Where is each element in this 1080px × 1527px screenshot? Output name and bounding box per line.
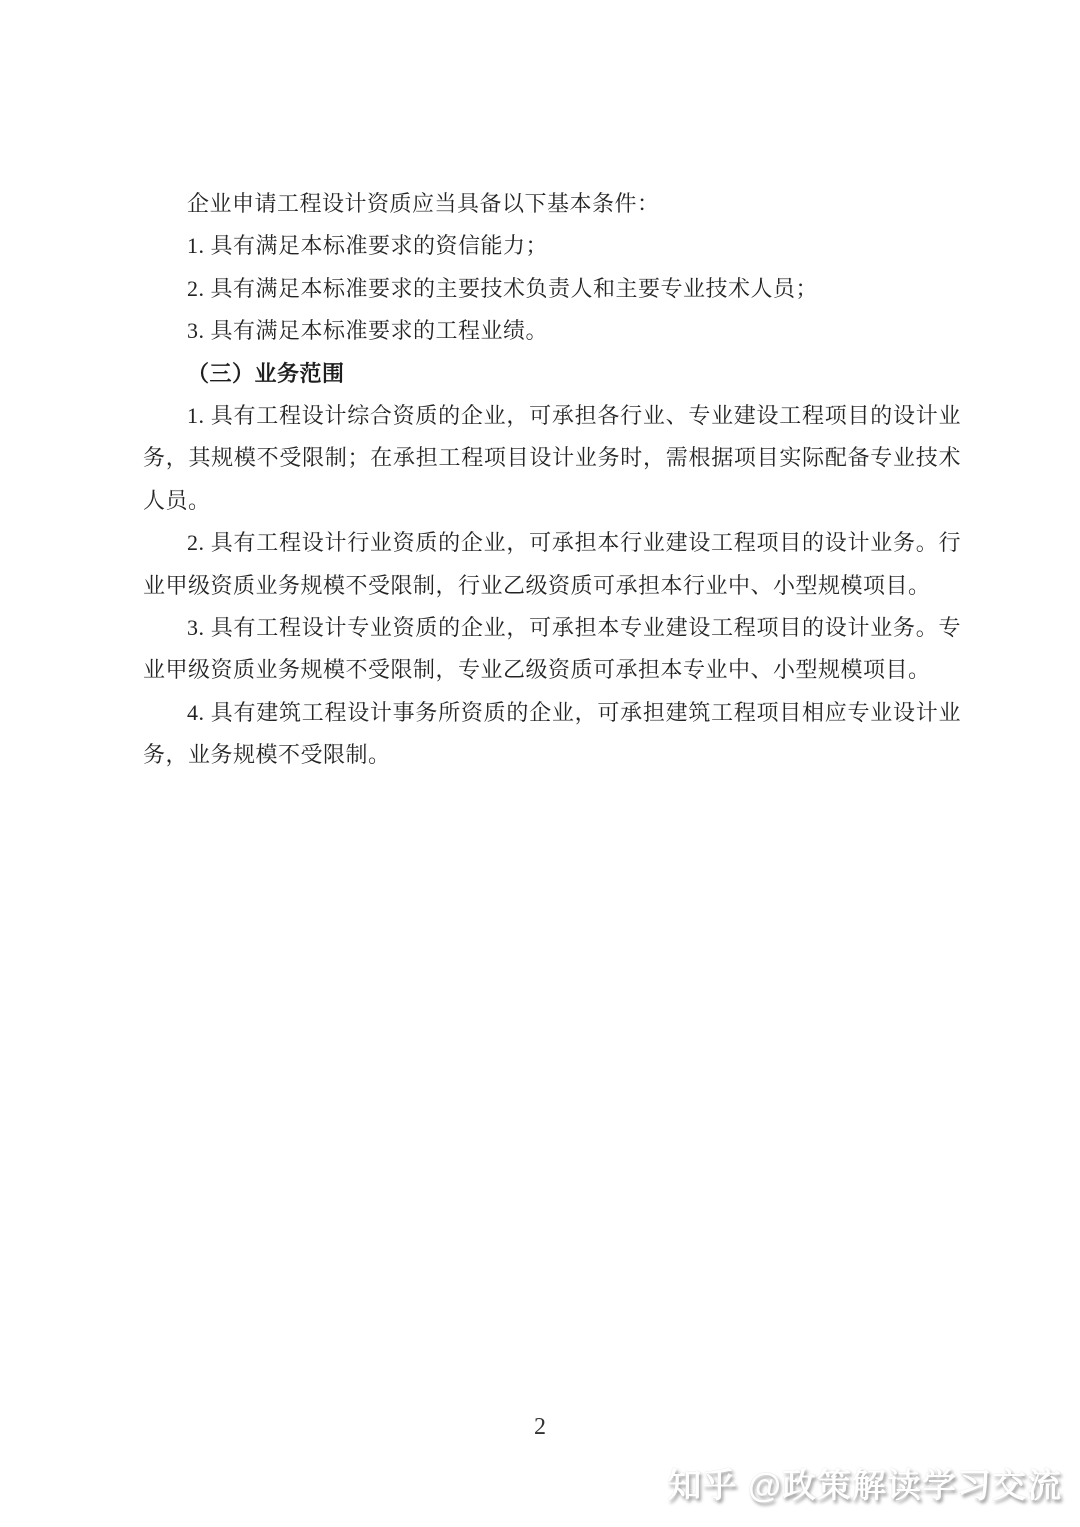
condition-item-2: 2. 具有满足本标准要求的主要技术负责人和主要专业技术人员；: [143, 268, 961, 310]
scope-paragraph-3: 3. 具有工程设计专业资质的企业，可承担本专业建设工程项目的设计业务。专业甲级资…: [143, 607, 961, 692]
zhihu-watermark: 知乎 @政策解读学习交流: [667, 1458, 1062, 1507]
scope-paragraph-1: 1. 具有工程设计综合资质的企业，可承担各行业、专业建设工程项目的设计业务，其规…: [143, 395, 961, 522]
scope-paragraph-2: 2. 具有工程设计行业资质的企业，可承担本行业建设工程项目的设计业务。行业甲级资…: [143, 522, 961, 607]
document-body: 企业申请工程设计资质应当具备以下基本条件： 1. 具有满足本标准要求的资信能力；…: [143, 183, 961, 777]
scope-paragraph-4: 4. 具有建筑工程设计事务所资质的企业，可承担建筑工程项目相应专业设计业务，业务…: [143, 692, 961, 777]
condition-item-1: 1. 具有满足本标准要求的资信能力；: [143, 225, 961, 267]
condition-item-3: 3. 具有满足本标准要求的工程业绩。: [143, 310, 961, 352]
page-number: 2: [0, 1414, 1080, 1441]
section-heading: （三）业务范围: [143, 353, 961, 395]
intro-paragraph: 企业申请工程设计资质应当具备以下基本条件：: [143, 183, 961, 225]
document-page: 企业申请工程设计资质应当具备以下基本条件： 1. 具有满足本标准要求的资信能力；…: [0, 0, 1080, 1527]
